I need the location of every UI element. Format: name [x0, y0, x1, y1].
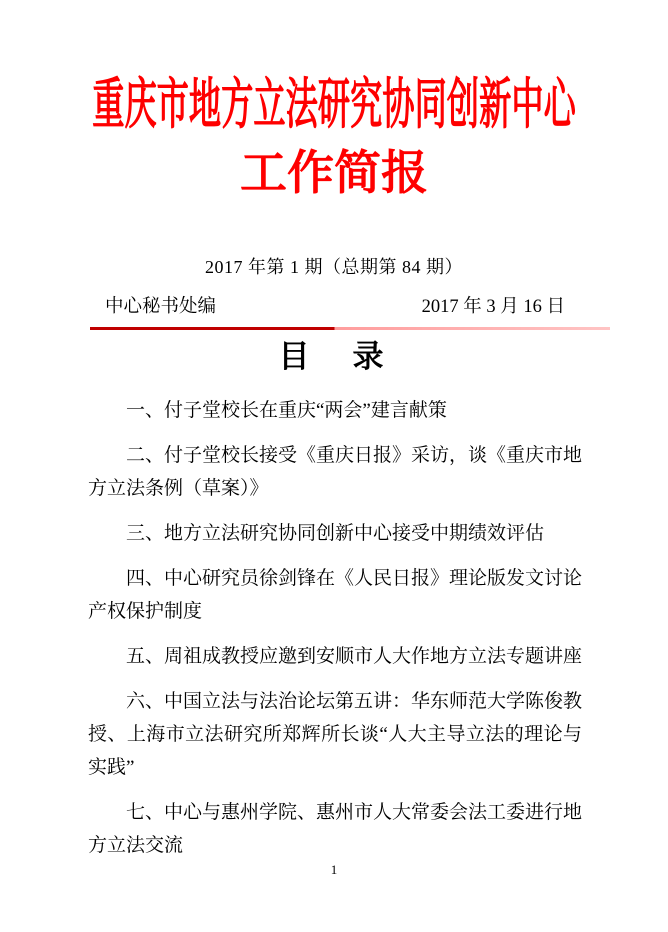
issue-number-line: 2017 年第 1 期（总期第 84 期） — [0, 255, 668, 279]
red-divider-rule — [90, 327, 610, 330]
date-label: 2017 年 3 月 16 日 — [422, 295, 565, 319]
toc-item-6: 六、中国立法与法治论坛第五讲：华东师范大学陈俊教 授、上海市立法研究所郑辉所长谈… — [88, 685, 582, 784]
toc-item-3: 三、地方立法研究协同创新中心接受中期绩效评估 — [88, 517, 582, 550]
toc-heading: 目 录 — [0, 339, 668, 375]
toc-item-7: 七、中心与惠州学院、惠州市人大常委会法工委进行地 方立法交流 — [88, 796, 582, 862]
editor-label: 中心秘书处编 — [105, 295, 216, 319]
toc-item-4: 四、中心研究员徐剑锋在《人民日报》理论版发文讨论 产权保护制度 — [88, 562, 582, 628]
toc-item-7-line-1: 七、中心与惠州学院、惠州市人大常委会法工委进行地 — [88, 796, 582, 829]
bulletin-page: 重庆市地方立法研究协同创新中心 工作简报 2017 年第 1 期（总期第 84 … — [0, 0, 668, 932]
toc-item-7-line-2: 方立法交流 — [88, 829, 582, 862]
toc-item-4-line-2: 产权保护制度 — [88, 595, 582, 628]
toc-item-3-line-1: 三、地方立法研究协同创新中心接受中期绩效评估 — [88, 517, 582, 550]
toc-item-5-line-1: 五、周祖成教授应邀到安顺市人大作地方立法专题讲座 — [88, 640, 582, 673]
toc-item-5: 五、周祖成教授应邀到安顺市人大作地方立法专题讲座 — [88, 640, 582, 673]
page-number: 1 — [0, 862, 668, 878]
toc-item-2: 二、付子堂校长接受《重庆日报》采访，谈《重庆市地 方立法条例（草案）》 — [88, 439, 582, 505]
toc-item-6-line-1: 六、中国立法与法治论坛第五讲：华东师范大学陈俊教 — [88, 685, 582, 718]
toc-item-4-line-1: 四、中心研究员徐剑锋在《人民日报》理论版发文讨论 — [88, 562, 582, 595]
toc-item-1: 一、付子堂校长在重庆“两会”建言献策 — [88, 394, 582, 427]
toc-item-6-line-2: 授、上海市立法研究所郑辉所长谈“人大主导立法的理论与 — [88, 718, 582, 751]
toc-list: 一、付子堂校长在重庆“两会”建言献策 二、付子堂校长接受《重庆日报》采访，谈《重… — [88, 394, 582, 862]
meta-row: 中心秘书处编 2017 年 3 月 16 日 — [0, 295, 668, 319]
toc-item-2-line-1: 二、付子堂校长接受《重庆日报》采访，谈《重庆市地 — [88, 439, 582, 472]
doc-title-line1-text: 重庆市地方立法研究协同创新中心 — [92, 72, 576, 140]
toc-item-1-line-1: 一、付子堂校长在重庆“两会”建言献策 — [88, 394, 582, 427]
doc-title-line2: 工作简报 — [0, 148, 668, 200]
toc-item-2-line-2: 方立法条例（草案）》 — [88, 472, 582, 505]
doc-title-line1: 重庆市地方立法研究协同创新中心 — [0, 74, 668, 138]
toc-item-6-line-3: 实践” — [88, 751, 582, 784]
